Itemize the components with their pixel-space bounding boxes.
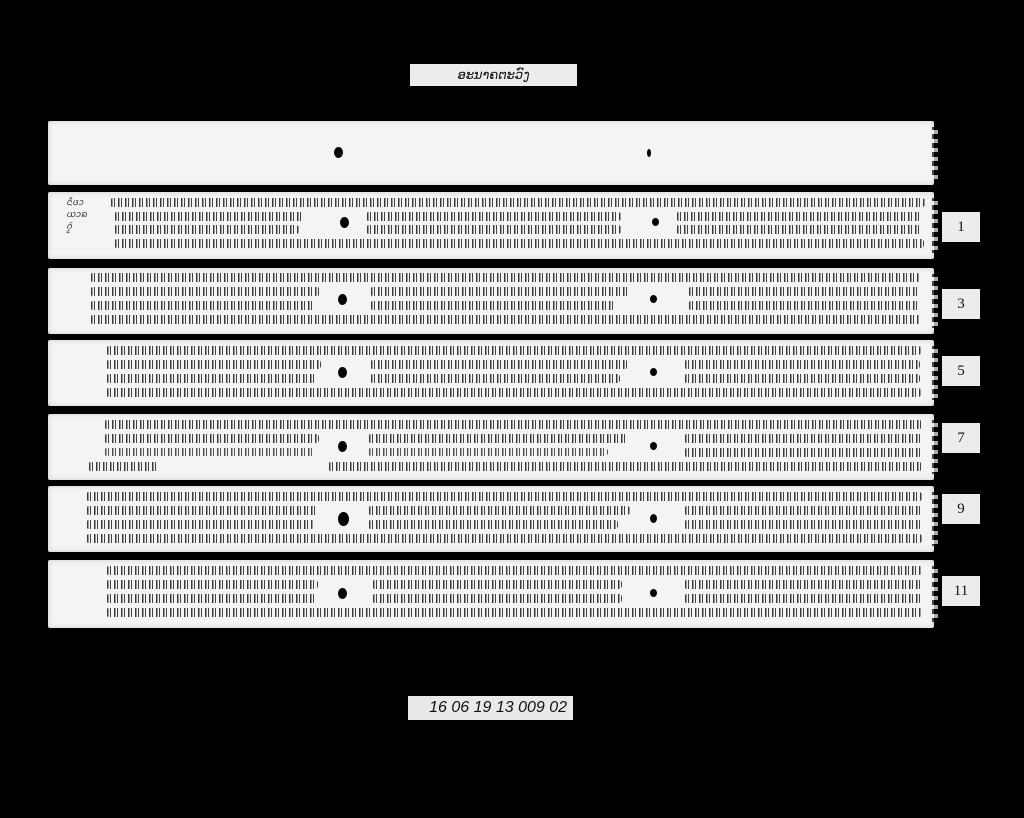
text-line <box>370 360 628 369</box>
text-line <box>104 434 319 443</box>
text-line <box>684 434 922 443</box>
text-line <box>688 287 920 296</box>
page-number-tag: 9 <box>942 494 980 524</box>
manuscript-leaf-7 <box>48 414 934 480</box>
text-line <box>106 608 922 617</box>
text-line <box>370 374 620 383</box>
margin-note: ᨶᩥᨴᩣ ᨿᩣᨦ ᨣᩢ᩠ᨾ <box>66 197 87 233</box>
text-line <box>684 374 920 383</box>
manuscript-leaf-1: ᨶᩥᨴᩣ ᨿᩣᨦ ᨣᩢ᩠ᨾ <box>48 192 934 259</box>
page-number-tag: 11 <box>942 576 980 606</box>
text-line <box>684 520 922 529</box>
text-line <box>90 315 920 324</box>
text-line <box>368 520 618 529</box>
text-line <box>368 448 608 456</box>
string-hole <box>650 514 657 523</box>
text-line <box>106 360 321 369</box>
text-line <box>90 273 920 282</box>
manuscript-leaf-5 <box>48 340 934 406</box>
text-line <box>90 287 320 296</box>
text-line <box>106 580 318 589</box>
text-line <box>684 594 922 603</box>
margin-note-line: ᨿᩣᨦ <box>66 209 87 221</box>
manuscript-title-label: ອະນາຄຕະວົງ <box>410 64 577 86</box>
text-line <box>106 388 921 397</box>
manuscript-leaf-9 <box>48 486 934 552</box>
text-line <box>86 492 922 501</box>
text-line <box>684 360 920 369</box>
string-hole <box>652 218 659 226</box>
margin-note-line: ᨶᩥᨴᩣ <box>66 197 87 209</box>
manuscript-leaf-11 <box>48 560 934 628</box>
text-line <box>368 434 628 443</box>
text-line <box>328 462 922 471</box>
string-hole <box>647 149 651 157</box>
string-hole <box>334 147 343 158</box>
text-line <box>106 594 316 603</box>
text-line <box>90 301 315 310</box>
page-number-tag: 7 <box>942 423 980 453</box>
text-line <box>370 301 615 310</box>
text-line <box>372 594 622 603</box>
string-hole <box>338 588 347 599</box>
text-line <box>106 566 922 575</box>
text-line <box>106 346 921 355</box>
text-line <box>688 301 920 310</box>
text-line <box>368 506 630 515</box>
text-line <box>104 448 314 456</box>
text-line <box>684 580 922 589</box>
text-line <box>114 225 299 234</box>
text-line <box>684 448 922 457</box>
string-hole <box>338 512 349 526</box>
reference-number-label: 16 06 19 13 009 02 <box>408 696 573 720</box>
page-number-tag: 1 <box>942 212 980 242</box>
text-line <box>110 198 925 207</box>
text-line <box>86 506 318 515</box>
string-hole <box>650 368 657 376</box>
text-line <box>372 580 622 589</box>
string-hole <box>338 441 347 452</box>
text-line <box>106 374 316 383</box>
string-hole <box>340 217 349 228</box>
text-line <box>676 225 921 234</box>
string-hole <box>650 295 657 303</box>
text-line <box>676 212 921 221</box>
text-line <box>86 520 314 529</box>
string-hole <box>338 367 347 378</box>
cover-leaf <box>48 121 934 185</box>
text-line <box>370 287 630 296</box>
text-line <box>366 225 621 234</box>
text-line <box>366 212 621 221</box>
page-number-tag: 3 <box>942 289 980 319</box>
string-hole <box>650 589 657 597</box>
text-line <box>88 462 158 471</box>
string-hole <box>650 442 657 450</box>
text-line <box>114 212 304 221</box>
text-line <box>114 239 924 248</box>
text-line <box>684 506 922 515</box>
page-number-tag: 5 <box>942 356 980 386</box>
text-line <box>86 534 922 543</box>
text-line <box>104 420 922 429</box>
manuscript-leaf-3 <box>48 268 934 334</box>
margin-note-line: ᨣᩢ᩠ᨾ <box>66 221 87 233</box>
string-hole <box>338 294 347 305</box>
